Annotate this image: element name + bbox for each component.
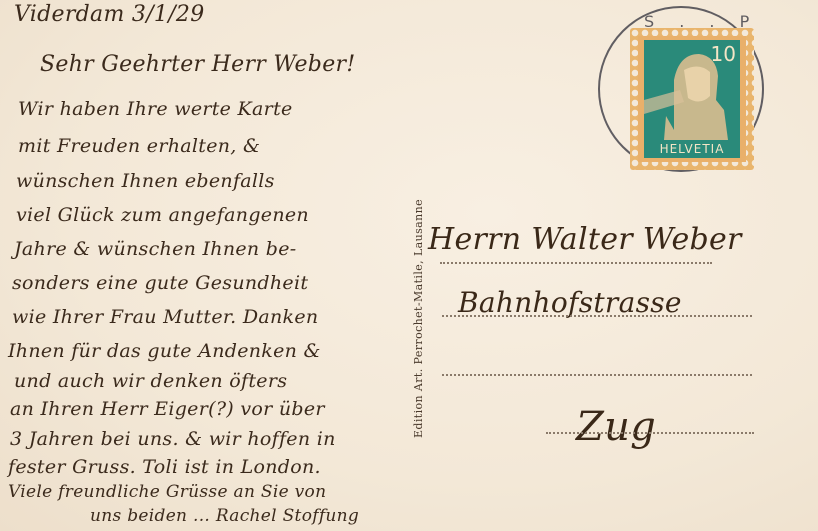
postage-stamp: 10 HELVETIA [630,28,754,170]
salutation: Sehr Geehrter Herr Weber! [40,52,355,77]
address-line-3 [442,374,752,376]
message-line: wie Ihrer Frau Mutter. Danken [12,306,318,328]
recipient-name: Herrn Walter Weber [428,222,742,257]
postcard-back: Viderdam 3/1/29 Sehr Geehrter Herr Weber… [0,0,818,531]
stamp-country: HELVETIA [644,140,740,158]
message-line: Ihnen für das gute Andenken & [8,340,321,362]
message-line: wünschen Ihnen ebenfalls [16,170,275,192]
stamp-portrait: 10 [644,40,740,142]
message-line: Wir haben Ihre werte Karte [18,98,293,120]
recipient-city: Zug [576,404,656,450]
message-line: fester Gruss. Toli ist in London. [8,456,321,478]
message-line: sonders eine gute Gesundheit [12,272,308,294]
address-line-4 [546,432,754,434]
date-line: Viderdam 3/1/29 [14,2,205,27]
message-line: Jahre & wünschen Ihnen be- [14,238,297,260]
signature-line: uns beiden ... Rachel Stoffung [90,506,359,526]
message-line: mit Freuden erhalten, & [18,135,260,157]
stamp-value: 10 [711,42,736,66]
address-line-1 [440,262,712,264]
publisher-imprint: Edition Art. Perrochet-Matile, Lausanne [412,199,425,438]
address-line-2 [442,315,752,317]
message-line: Viele freundliche Grüsse an Sie von [8,482,326,502]
message-line: 3 Jahren bei uns. & wir hoffen in [10,428,336,450]
message-line: und auch wir denken öfters [14,370,287,392]
message-line: an Ihren Herr Eiger(?) vor über [10,398,325,420]
message-line: viel Glück zum angefangenen [16,204,309,226]
